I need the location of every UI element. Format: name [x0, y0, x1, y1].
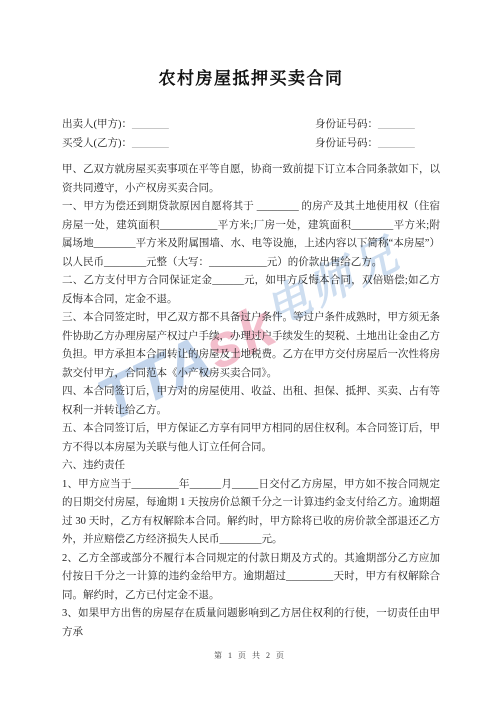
document-body: 农村房屋抵押买卖合同 出卖人(甲方)： _______ 身份证号码： _____… — [62, 64, 440, 642]
clause-6-item-2: 2、乙方全部或部分不履行本合同规定的付款日期及方式的。其逾期部分乙方应加付按日千… — [62, 550, 440, 606]
buyer-id-field: 身份证号码： _______ — [315, 135, 440, 154]
clause-6-heading: 六、违约责任 — [62, 457, 440, 476]
contract-page: TTAsk电师兄 农村房屋抵押买卖合同 出卖人(甲方)： _______ 身份证… — [0, 0, 500, 706]
clause-5: 五、本合同签订后，甲方保证乙方享有同甲方相同的居住权利。本合同签订后，甲方不得以… — [62, 420, 440, 457]
buyer-label: 买受人(乙方)： — [62, 135, 132, 154]
clause-1: 一、甲方为偿还到期贷款原因自愿将其于 ________ 的房产及其土地使用权（住… — [62, 198, 440, 272]
page-title: 农村房屋抵押买卖合同 — [62, 64, 440, 89]
contract-clauses: 甲、乙双方就房屋买卖事项在平等自愿，协商一致前提下订立本合同条款如下，以资共同遵… — [62, 161, 440, 642]
clause-6-item-1: 1、甲方应当于_________年______月_____日交付乙方房屋，甲方如… — [62, 476, 440, 550]
intro-paragraph: 甲、乙双方就房屋买卖事项在平等自愿，协商一致前提下订立本合同条款如下，以资共同遵… — [62, 161, 440, 198]
seller-name-blank: _______ — [132, 116, 169, 135]
buyer-id-blank: _______ — [378, 135, 415, 154]
clause-6-item-3: 3、如果甲方出售的房屋存在质量问题影响到乙方居住权利的行使，一切责任由甲方承 — [62, 605, 440, 642]
party-fields: 出卖人(甲方)： _______ 身份证号码： _______ 买受人(乙方)：… — [62, 116, 440, 153]
seller-field: 出卖人(甲方)： _______ — [62, 116, 315, 135]
seller-id-label: 身份证号码： — [315, 116, 378, 135]
buyer-name-blank: _______ — [132, 135, 169, 154]
clause-2: 二、乙方支付甲方合同保证定金______元，如甲方反悔本合同，双倍赔偿;如乙方反… — [62, 272, 440, 309]
party-row-seller: 出卖人(甲方)： _______ 身份证号码： _______ — [62, 116, 440, 135]
page-number: 第 1 页 共 2 页 — [0, 650, 500, 661]
clause-3: 三、本合同签定时，甲乙双方都不具备过户条件。等过户条件成熟时，甲方须无条件协助乙… — [62, 309, 440, 383]
clause-4: 四、本合同签订后，甲方对的房屋使用、收益、出租、担保、抵押、买卖、占有等权利一并… — [62, 383, 440, 420]
seller-id-blank: _______ — [378, 116, 415, 135]
seller-label: 出卖人(甲方)： — [62, 116, 132, 135]
party-row-buyer: 买受人(乙方)： _______ 身份证号码： _______ — [62, 135, 440, 154]
buyer-id-label: 身份证号码： — [315, 135, 378, 154]
seller-id-field: 身份证号码： _______ — [315, 116, 440, 135]
buyer-field: 买受人(乙方)： _______ — [62, 135, 315, 154]
